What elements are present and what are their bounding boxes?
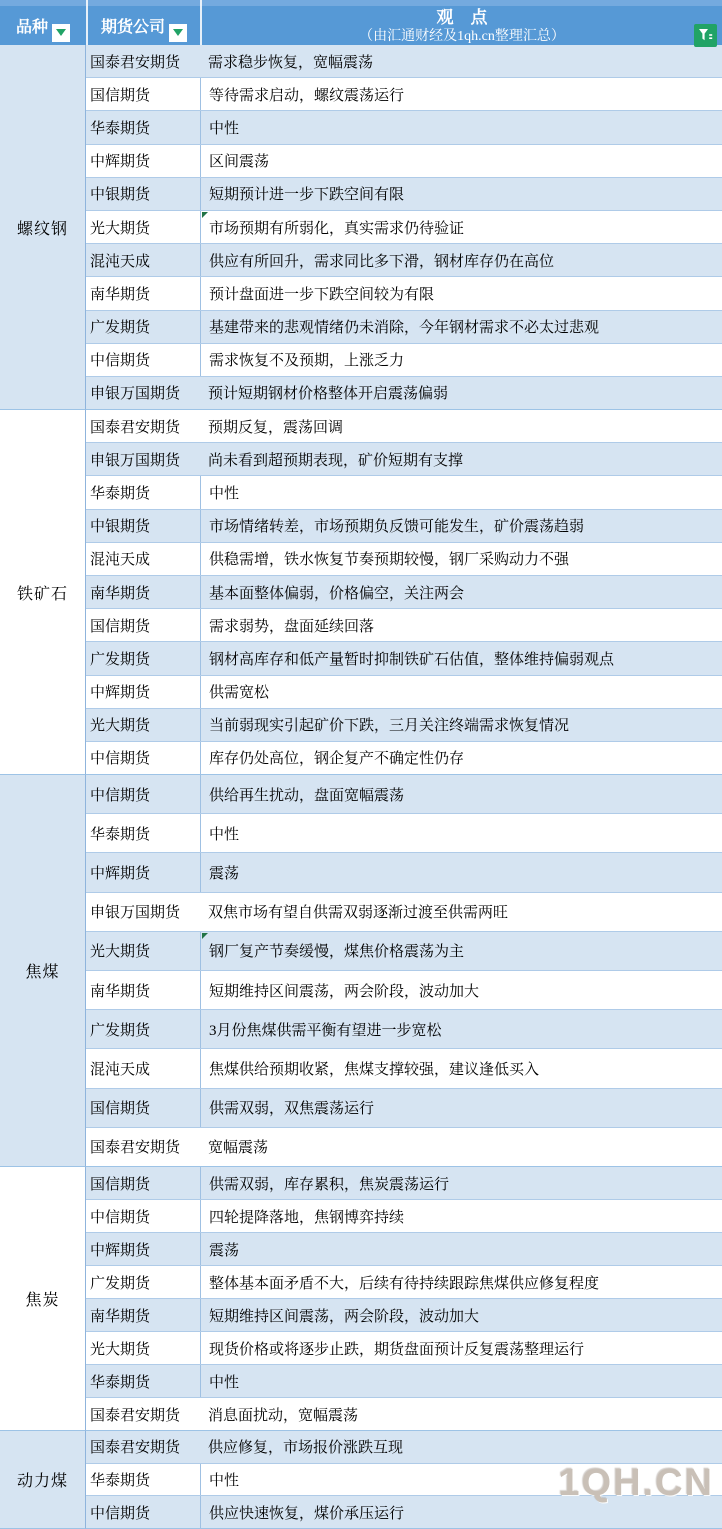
table-row: 混沌天成 供稳需增，铁水恢复节奏预期较慢，钢厂采购动力不强 bbox=[86, 543, 722, 576]
company-cell: 南华期货 bbox=[86, 576, 200, 608]
opinion-cell: 中性 bbox=[200, 476, 722, 508]
company-name: 光大期货 bbox=[90, 940, 150, 961]
company-name: 国泰君安期货 bbox=[90, 1404, 180, 1425]
opinion-text: 等待需求启动，螺纹震荡运行 bbox=[209, 84, 404, 105]
table-row: 光大期货 现货价格或将逐步止跌，期货盘面预计反复震荡整理运行 bbox=[86, 1332, 722, 1365]
opinion-text: 需求弱势，盘面延续回落 bbox=[209, 615, 374, 636]
opinion-text: 供应修复，市场报价涨跌互现 bbox=[208, 1436, 403, 1457]
table-row: 南华期货 短期维持区间震荡，两会阶段，波动加大 bbox=[86, 971, 722, 1010]
opinion-cell: 市场预期有所弱化，真实需求仍待验证 bbox=[200, 211, 722, 243]
opinion-text: 市场情绪转差，市场预期负反馈可能发生，矿价震荡趋弱 bbox=[209, 515, 584, 536]
opinion-cell: 供需双弱，库存累积，焦炭震荡运行 bbox=[200, 1167, 722, 1199]
company-cell: 中银期货 bbox=[86, 510, 200, 542]
table-row: 国信期货 供需双弱，库存累积，焦炭震荡运行 bbox=[86, 1167, 722, 1200]
company-name: 国泰君安期货 bbox=[90, 416, 180, 437]
opinion-cell: 市场情绪转差，市场预期负反馈可能发生，矿价震荡趋弱 bbox=[200, 510, 722, 542]
company-name: 中辉期货 bbox=[90, 862, 150, 883]
variety-group: 铁矿石 国泰君安期货 预期反复，震荡回调 申银万国期货 尚未看到超预期表现，矿价… bbox=[0, 410, 722, 775]
company-cell: 南华期货 bbox=[86, 971, 200, 1009]
opinion-cell: 供稳需增，铁水恢复节奏预期较慢，钢厂采购动力不强 bbox=[200, 543, 722, 575]
opinion-cell: 区间震荡 bbox=[200, 145, 722, 177]
company-cell: 国信期货 bbox=[86, 1089, 200, 1127]
triangle-down-icon bbox=[173, 29, 183, 36]
opinion-cell: 四轮提降落地，焦钢博弈持续 bbox=[200, 1200, 722, 1232]
opinion-cell: 震荡 bbox=[200, 853, 722, 891]
company-name: 国泰君安期货 bbox=[90, 51, 180, 72]
table-row: 国泰君安期货 预期反复，震荡回调 bbox=[86, 410, 722, 443]
opinion-text: 钢材高库存和低产量暂时抑制铁矿石估值，整体维持偏弱观点 bbox=[209, 648, 614, 669]
company-name: 申银万国期货 bbox=[90, 449, 180, 470]
opinion-cell: 当前弱现实引起矿价下跌，三月关注终端需求恢复情况 bbox=[200, 709, 722, 741]
opinion-text: 预计短期钢材价格整体开启震荡偏弱 bbox=[208, 382, 448, 403]
table-row: 中辉期货 震荡 bbox=[86, 1233, 722, 1266]
company-cell: 国信期货 bbox=[86, 609, 200, 641]
group-rows: 国泰君安期货 需求稳步恢复，宽幅震荡 国信期货 等待需求启动，螺纹震荡运行 华泰… bbox=[86, 45, 722, 410]
company-name: 国信期货 bbox=[90, 84, 150, 105]
company-name: 广发期货 bbox=[90, 1272, 150, 1293]
company-name: 南华期货 bbox=[90, 1305, 150, 1326]
company-name: 华泰期货 bbox=[90, 1371, 150, 1392]
header-cell-company: 期货公司 bbox=[86, 0, 200, 45]
opinion-cell: 钢材高库存和低产量暂时抑制铁矿石估值，整体维持偏弱观点 bbox=[200, 642, 722, 674]
company-cell: 申银万国期货 bbox=[86, 377, 200, 409]
opinion-cell: 宽幅震荡 bbox=[200, 1128, 722, 1166]
table-row: 中信期货 库存仍处高位，钢企复产不确定性仍存 bbox=[86, 742, 722, 774]
company-cell: 申银万国期货 bbox=[86, 443, 200, 475]
opinion-cell: 整体基本面矛盾不大，后续有待持续跟踪焦煤供应修复程度 bbox=[200, 1266, 722, 1298]
opinion-text: 预期反复，震荡回调 bbox=[208, 416, 343, 437]
opinion-cell: 供需双弱，双焦震荡运行 bbox=[200, 1089, 722, 1127]
company-cell: 国泰君安期货 bbox=[86, 45, 200, 77]
opinion-text: 基本面整体偏弱，价格偏空，关注两会 bbox=[209, 582, 464, 603]
company-name: 国信期货 bbox=[90, 1173, 150, 1194]
company-cell: 华泰期货 bbox=[86, 476, 200, 508]
header-cell-variety: 品种 bbox=[0, 0, 86, 45]
company-name: 华泰期货 bbox=[90, 482, 150, 503]
opinion-cell: 预计盘面进一步下跌空间较为有限 bbox=[200, 277, 722, 309]
company-cell: 华泰期货 bbox=[86, 1365, 200, 1397]
table-row: 国泰君安期货 供应修复，市场报价涨跌互现 bbox=[86, 1431, 722, 1464]
variety-group-label: 动力煤 bbox=[17, 1468, 68, 1491]
table-row: 中信期货 供应快速恢复，煤价承压运行 bbox=[86, 1496, 722, 1528]
table-row: 国信期货 等待需求启动，螺纹震荡运行 bbox=[86, 78, 722, 111]
opinion-text: 整体基本面矛盾不大，后续有待持续跟踪焦煤供应修复程度 bbox=[209, 1272, 599, 1293]
table-row: 中银期货 短期预计进一步下跌空间有限 bbox=[86, 178, 722, 211]
company-name: 华泰期货 bbox=[90, 1469, 150, 1490]
company-name: 混沌天成 bbox=[90, 250, 150, 271]
company-cell: 中银期货 bbox=[86, 178, 200, 210]
opinion-cell: 需求弱势，盘面延续回落 bbox=[200, 609, 722, 641]
company-cell: 华泰期货 bbox=[86, 111, 200, 143]
table-row: 中信期货 四轮提降落地，焦钢博弈持续 bbox=[86, 1200, 722, 1233]
funnel-filter-icon bbox=[698, 28, 713, 43]
opinion-text: 双焦市场有望自供需双弱逐渐过渡至供需两旺 bbox=[208, 901, 508, 922]
company-cell: 国泰君安期货 bbox=[86, 1431, 200, 1463]
company-name: 中信期货 bbox=[90, 747, 150, 768]
company-name: 南华期货 bbox=[90, 980, 150, 1001]
opinion-cell: 中性 bbox=[200, 814, 722, 852]
variety-group-cell: 铁矿石 bbox=[0, 410, 86, 775]
opinion-text: 消息面扰动，宽幅震荡 bbox=[208, 1404, 358, 1425]
company-name: 中辉期货 bbox=[90, 681, 150, 702]
opinion-cell: 需求稳步恢复，宽幅震荡 bbox=[200, 45, 722, 77]
opinion-cell: 震荡 bbox=[200, 1233, 722, 1265]
table-row: 光大期货 市场预期有所弱化，真实需求仍待验证 bbox=[86, 211, 722, 244]
company-name: 光大期货 bbox=[90, 1338, 150, 1359]
opinion-text: 供给再生扰动，盘面宽幅震荡 bbox=[209, 784, 404, 805]
table-row: 国信期货 供需双弱，双焦震荡运行 bbox=[86, 1089, 722, 1128]
company-cell: 混沌天成 bbox=[86, 543, 200, 575]
opinion-cell: 现货价格或将逐步止跌，期货盘面预计反复震荡整理运行 bbox=[200, 1332, 722, 1364]
table-row: 光大期货 钢厂复产节奏缓慢，煤焦价格震荡为主 bbox=[86, 932, 722, 971]
opinion-cell: 焦煤供给预期收紧，焦煤支撑较强，建议逢低买入 bbox=[200, 1049, 722, 1087]
opinion-text: 短期维持区间震荡，两会阶段，波动加大 bbox=[209, 1305, 479, 1326]
opinion-text: 震荡 bbox=[209, 862, 239, 883]
company-cell: 混沌天成 bbox=[86, 1049, 200, 1087]
variety-group-cell: 动力煤 bbox=[0, 1431, 86, 1529]
header-cell-opinion: 观 点 （由汇通财经及1qh.cn整理汇总） bbox=[200, 0, 722, 45]
variety-group-cell: 焦炭 bbox=[0, 1167, 86, 1431]
table-row: 混沌天成 焦煤供给预期收紧，焦煤支撑较强，建议逢低买入 bbox=[86, 1049, 722, 1088]
company-name: 南华期货 bbox=[90, 582, 150, 603]
table-row: 广发期货 基建带来的悲观情绪仍未消除，今年钢材需求不必太过悲观 bbox=[86, 311, 722, 344]
variety-group: 螺纹钢 国泰君安期货 需求稳步恢复，宽幅震荡 国信期货 等待需求启动，螺纹震荡运… bbox=[0, 45, 722, 410]
company-name: 混沌天成 bbox=[90, 548, 150, 569]
table-row: 国泰君安期货 需求稳步恢复，宽幅震荡 bbox=[86, 45, 722, 78]
company-cell: 广发期货 bbox=[86, 1010, 200, 1048]
company-name: 广发期货 bbox=[90, 1019, 150, 1040]
opinion-text: 市场预期有所弱化，真实需求仍待验证 bbox=[209, 217, 464, 238]
opinion-cell: 中性 bbox=[200, 111, 722, 143]
opinion-cell: 消息面扰动，宽幅震荡 bbox=[200, 1398, 722, 1430]
opinion-cell: 3月份焦煤供需平衡有望进一步宽松 bbox=[200, 1010, 722, 1048]
company-name: 中信期货 bbox=[90, 349, 150, 370]
company-cell: 中辉期货 bbox=[86, 676, 200, 708]
company-name: 光大期货 bbox=[90, 217, 150, 238]
table-row: 广发期货 3月份焦煤供需平衡有望进一步宽松 bbox=[86, 1010, 722, 1049]
company-name: 中信期货 bbox=[90, 1502, 150, 1523]
table-row: 申银万国期货 双焦市场有望自供需双弱逐渐过渡至供需两旺 bbox=[86, 893, 722, 932]
company-cell: 国泰君安期货 bbox=[86, 410, 200, 442]
table-row: 光大期货 当前弱现实引起矿价下跌，三月关注终端需求恢复情况 bbox=[86, 709, 722, 742]
table-row: 申银万国期货 尚未看到超预期表现，矿价短期有支撑 bbox=[86, 443, 722, 476]
opinion-text: 焦煤供给预期收紧，焦煤支撑较强，建议逢低买入 bbox=[209, 1058, 539, 1079]
company-filter-dropdown-button[interactable] bbox=[169, 24, 187, 42]
opinion-text: 现货价格或将逐步止跌，期货盘面预计反复震荡整理运行 bbox=[209, 1338, 584, 1359]
company-cell: 光大期货 bbox=[86, 211, 200, 243]
company-cell: 光大期货 bbox=[86, 709, 200, 741]
opinion-cell: 供应有所回升，需求同比多下滑，钢材库存仍在高位 bbox=[200, 244, 722, 276]
company-name: 国信期货 bbox=[90, 615, 150, 636]
opinion-text: 供稳需增，铁水恢复节奏预期较慢，钢厂采购动力不强 bbox=[209, 548, 569, 569]
opinion-column-label: 观 点 bbox=[437, 3, 488, 28]
company-name: 国泰君安期货 bbox=[90, 1436, 180, 1457]
sheet-filter-button[interactable] bbox=[694, 24, 717, 47]
company-cell: 中信期货 bbox=[86, 775, 200, 813]
futures-opinion-spreadsheet: 品种 期货公司 观 点 （由汇通财经及1qh.cn整理汇总） bbox=[0, 0, 722, 1529]
variety-group: 焦炭 国信期货 供需双弱，库存累积，焦炭震荡运行 中信期货 四轮提降落地，焦钢博… bbox=[0, 1167, 722, 1431]
opinion-text: 3月份焦煤供需平衡有望进一步宽松 bbox=[209, 1019, 442, 1040]
company-name: 国信期货 bbox=[90, 1097, 150, 1118]
company-name: 混沌天成 bbox=[90, 1058, 150, 1079]
company-cell: 广发期货 bbox=[86, 311, 200, 343]
variety-group-label: 焦煤 bbox=[25, 959, 59, 982]
opinion-cell: 中性 bbox=[200, 1365, 722, 1397]
table-row: 中辉期货 区间震荡 bbox=[86, 145, 722, 178]
table-row: 华泰期货 中性 bbox=[86, 1365, 722, 1398]
table-row: 华泰期货 中性 bbox=[86, 111, 722, 144]
company-name: 中银期货 bbox=[90, 515, 150, 536]
table-row: 华泰期货 中性 bbox=[86, 476, 722, 509]
table-row: 国泰君安期货 宽幅震荡 bbox=[86, 1128, 722, 1166]
company-cell: 国信期货 bbox=[86, 78, 200, 110]
table-row: 国泰君安期货 消息面扰动，宽幅震荡 bbox=[86, 1398, 722, 1430]
company-cell: 华泰期货 bbox=[86, 814, 200, 852]
company-cell: 中辉期货 bbox=[86, 1233, 200, 1265]
company-cell: 广发期货 bbox=[86, 1266, 200, 1298]
company-cell: 广发期货 bbox=[86, 642, 200, 674]
company-cell: 国泰君安期货 bbox=[86, 1128, 200, 1166]
table-row: 南华期货 短期维持区间震荡，两会阶段，波动加大 bbox=[86, 1299, 722, 1332]
opinion-column-subtitle: （由汇通财经及1qh.cn整理汇总） bbox=[359, 28, 565, 46]
variety-column-label: 品种 bbox=[16, 14, 48, 37]
opinion-cell: 预计短期钢材价格整体开启震荡偏弱 bbox=[200, 377, 722, 409]
opinion-text: 需求恢复不及预期，上涨乏力 bbox=[209, 349, 404, 370]
variety-group-label: 焦炭 bbox=[25, 1287, 59, 1310]
table-row: 中辉期货 供需宽松 bbox=[86, 676, 722, 709]
group-rows: 国泰君安期货 供应修复，市场报价涨跌互现 华泰期货 中性 中信期货 供应快速恢复… bbox=[86, 1431, 722, 1529]
company-cell: 国信期货 bbox=[86, 1167, 200, 1199]
variety-group-cell: 焦煤 bbox=[0, 775, 86, 1167]
company-name: 国泰君安期货 bbox=[90, 1136, 180, 1157]
opinion-cell: 钢厂复产节奏缓慢，煤焦价格震荡为主 bbox=[200, 932, 722, 970]
company-name: 华泰期货 bbox=[90, 823, 150, 844]
variety-filter-dropdown-button[interactable] bbox=[52, 24, 70, 42]
opinion-cell: 供给再生扰动，盘面宽幅震荡 bbox=[200, 775, 722, 813]
opinion-cell: 供应快速恢复，煤价承压运行 bbox=[200, 1496, 722, 1528]
company-cell: 南华期货 bbox=[86, 1299, 200, 1331]
opinion-cell: 中性 bbox=[200, 1464, 722, 1496]
company-cell: 中信期货 bbox=[86, 1200, 200, 1232]
table-row: 中银期货 市场情绪转差，市场预期负反馈可能发生，矿价震荡趋弱 bbox=[86, 510, 722, 543]
opinion-text: 库存仍处高位，钢企复产不确定性仍存 bbox=[209, 747, 464, 768]
table-row: 华泰期货 中性 bbox=[86, 1464, 722, 1497]
company-name: 南华期货 bbox=[90, 283, 150, 304]
opinion-cell: 等待需求启动，螺纹震荡运行 bbox=[200, 78, 722, 110]
opinion-text: 钢厂复产节奏缓慢，煤焦价格震荡为主 bbox=[209, 940, 464, 961]
triangle-down-icon bbox=[56, 29, 66, 36]
company-name: 申银万国期货 bbox=[90, 382, 180, 403]
opinion-text: 中性 bbox=[209, 1469, 239, 1490]
table-body: 螺纹钢 国泰君安期货 需求稳步恢复，宽幅震荡 国信期货 等待需求启动，螺纹震荡运… bbox=[0, 45, 722, 1529]
company-name: 广发期货 bbox=[90, 648, 150, 669]
company-name: 中信期货 bbox=[90, 1206, 150, 1227]
company-cell: 中辉期货 bbox=[86, 145, 200, 177]
opinion-text: 尚未看到超预期表现，矿价短期有支撑 bbox=[208, 449, 463, 470]
opinion-cell: 供需宽松 bbox=[200, 676, 722, 708]
company-name: 广发期货 bbox=[90, 316, 150, 337]
variety-group: 焦煤 中信期货 供给再生扰动，盘面宽幅震荡 华泰期货 中性 中辉期货 震荡 申银… bbox=[0, 775, 722, 1167]
company-cell: 中辉期货 bbox=[86, 853, 200, 891]
opinion-cell: 库存仍处高位，钢企复产不确定性仍存 bbox=[200, 742, 722, 774]
table-row: 广发期货 钢材高库存和低产量暂时抑制铁矿石估值，整体维持偏弱观点 bbox=[86, 642, 722, 675]
opinion-text: 短期维持区间震荡，两会阶段，波动加大 bbox=[209, 980, 479, 1001]
company-cell: 南华期货 bbox=[86, 277, 200, 309]
company-name: 光大期货 bbox=[90, 714, 150, 735]
opinion-text: 当前弱现实引起矿价下跌，三月关注终端需求恢复情况 bbox=[209, 714, 569, 735]
opinion-cell: 基建带来的悲观情绪仍未消除，今年钢材需求不必太过悲观 bbox=[200, 311, 722, 343]
company-cell: 光大期货 bbox=[86, 932, 200, 970]
opinion-text: 宽幅震荡 bbox=[208, 1136, 268, 1157]
table-row: 广发期货 整体基本面矛盾不大，后续有待持续跟踪焦煤供应修复程度 bbox=[86, 1266, 722, 1299]
opinion-text: 基建带来的悲观情绪仍未消除，今年钢材需求不必太过悲观 bbox=[209, 316, 599, 337]
opinion-cell: 基本面整体偏弱，价格偏空，关注两会 bbox=[200, 576, 722, 608]
company-cell: 混沌天成 bbox=[86, 244, 200, 276]
table-row: 华泰期货 中性 bbox=[86, 814, 722, 853]
company-name: 中银期货 bbox=[90, 183, 150, 204]
opinion-cell: 双焦市场有望自供需双弱逐渐过渡至供需两旺 bbox=[200, 893, 722, 931]
table-row: 南华期货 基本面整体偏弱，价格偏空，关注两会 bbox=[86, 576, 722, 609]
opinion-cell: 供应修复，市场报价涨跌互现 bbox=[200, 1431, 722, 1463]
table-row: 中信期货 供给再生扰动，盘面宽幅震荡 bbox=[86, 775, 722, 814]
company-cell: 中信期货 bbox=[86, 344, 200, 376]
table-row: 中信期货 需求恢复不及预期，上涨乏力 bbox=[86, 344, 722, 377]
company-cell: 申银万国期货 bbox=[86, 893, 200, 931]
variety-group: 动力煤 国泰君安期货 供应修复，市场报价涨跌互现 华泰期货 中性 中信期货 供应… bbox=[0, 1431, 722, 1529]
opinion-text: 短期预计进一步下跌空间有限 bbox=[209, 183, 404, 204]
opinion-cell: 短期预计进一步下跌空间有限 bbox=[200, 178, 722, 210]
company-cell: 国泰君安期货 bbox=[86, 1398, 200, 1430]
company-column-label: 期货公司 bbox=[101, 14, 165, 37]
opinion-cell: 短期维持区间震荡，两会阶段，波动加大 bbox=[200, 971, 722, 1009]
opinion-text: 供应有所回升，需求同比多下滑，钢材库存仍在高位 bbox=[209, 250, 554, 271]
table-row: 申银万国期货 预计短期钢材价格整体开启震荡偏弱 bbox=[86, 377, 722, 409]
opinion-text: 四轮提降落地，焦钢博弈持续 bbox=[209, 1206, 404, 1227]
opinion-text: 供需双弱，双焦震荡运行 bbox=[209, 1097, 374, 1118]
variety-group-cell: 螺纹钢 bbox=[0, 45, 86, 410]
group-rows: 中信期货 供给再生扰动，盘面宽幅震荡 华泰期货 中性 中辉期货 震荡 申银万国期… bbox=[86, 775, 722, 1167]
opinion-text: 区间震荡 bbox=[209, 150, 269, 171]
opinion-text: 中性 bbox=[209, 1371, 239, 1392]
opinion-cell: 尚未看到超预期表现，矿价短期有支撑 bbox=[200, 443, 722, 475]
company-name: 中辉期货 bbox=[90, 150, 150, 171]
company-name: 华泰期货 bbox=[90, 117, 150, 138]
table-header: 品种 期货公司 观 点 （由汇通财经及1qh.cn整理汇总） bbox=[0, 0, 722, 45]
opinion-cell: 预期反复，震荡回调 bbox=[200, 410, 722, 442]
opinion-text: 供应快速恢复，煤价承压运行 bbox=[209, 1502, 404, 1523]
company-name: 中辉期货 bbox=[90, 1239, 150, 1260]
opinion-text: 供需双弱，库存累积，焦炭震荡运行 bbox=[209, 1173, 449, 1194]
opinion-text: 供需宽松 bbox=[209, 681, 269, 702]
company-name: 申银万国期货 bbox=[90, 901, 180, 922]
variety-group-label: 螺纹钢 bbox=[17, 216, 68, 239]
opinion-text: 中性 bbox=[209, 117, 239, 138]
table-row: 混沌天成 供应有所回升，需求同比多下滑，钢材库存仍在高位 bbox=[86, 244, 722, 277]
table-row: 南华期货 预计盘面进一步下跌空间较为有限 bbox=[86, 277, 722, 310]
opinion-text: 预计盘面进一步下跌空间较为有限 bbox=[209, 283, 434, 304]
company-cell: 中信期货 bbox=[86, 742, 200, 774]
company-cell: 中信期货 bbox=[86, 1496, 200, 1528]
opinion-cell: 需求恢复不及预期，上涨乏力 bbox=[200, 344, 722, 376]
opinion-text: 中性 bbox=[209, 482, 239, 503]
table-row: 中辉期货 震荡 bbox=[86, 853, 722, 892]
group-rows: 国泰君安期货 预期反复，震荡回调 申银万国期货 尚未看到超预期表现，矿价短期有支… bbox=[86, 410, 722, 775]
company-name: 中信期货 bbox=[90, 784, 150, 805]
variety-group-label: 铁矿石 bbox=[17, 581, 68, 604]
group-rows: 国信期货 供需双弱，库存累积，焦炭震荡运行 中信期货 四轮提降落地，焦钢博弈持续… bbox=[86, 1167, 722, 1431]
table-row: 国信期货 需求弱势，盘面延续回落 bbox=[86, 609, 722, 642]
opinion-text: 需求稳步恢复，宽幅震荡 bbox=[208, 51, 373, 72]
company-cell: 华泰期货 bbox=[86, 1464, 200, 1496]
opinion-text: 震荡 bbox=[209, 1239, 239, 1260]
opinion-text: 中性 bbox=[209, 823, 239, 844]
opinion-cell: 短期维持区间震荡，两会阶段，波动加大 bbox=[200, 1299, 722, 1331]
company-cell: 光大期货 bbox=[86, 1332, 200, 1364]
